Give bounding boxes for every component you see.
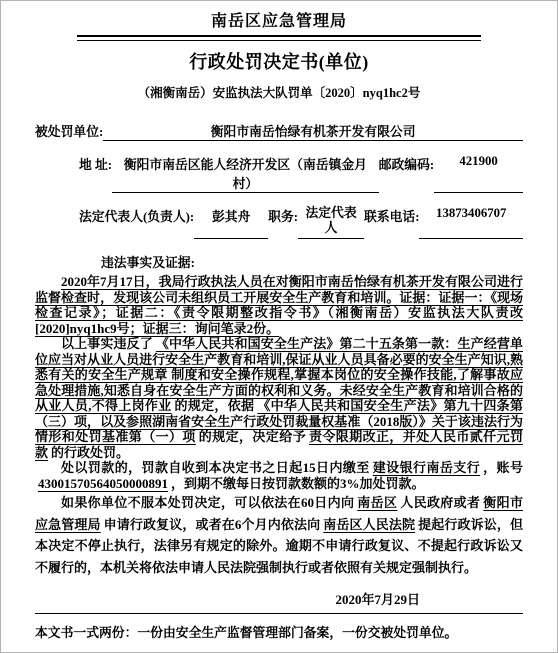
payment-text: ，到期不缴每日按罚款数额的3%加处罚款。 [171,476,425,491]
duty-label: 职务: [268,206,298,239]
paragraph-payment: 处以罚款的，罚款自收到本决定书之日起15日内缴至建设银行南岳支行，账号43001… [35,460,523,491]
legal-rep-row: 法定代表人(负责人): 彭其舟 职务: 法定代表人 联系电话: 13873406… [35,206,523,239]
bank-account-value: 43001570564050000891 [35,476,171,491]
decision-date: 2020年7月29日 [35,589,523,608]
paragraph-legal-basis: 以上事实违反了《中华人民共和国安全生产法》第二十五条第一款：生产经营单位应当对从… [35,336,523,460]
appeal-text: 申请行政复议，或者在6个月内依法向 [104,517,321,532]
header-double-rule [77,35,481,41]
distribution-note: 本文书一式两份：一份由安全生产监督管理部门备案，一份交被处罚单位。 [35,614,523,652]
payment-text: ，账号 [483,460,523,475]
duty-value: 法定代表人 [298,206,364,239]
legal-rep-label: 法定代表人(负责人): [79,206,194,239]
address-value: 衡阳市南岳区能人经济开发区（南岳镇金月村） [112,154,379,193]
document-footer: 2020年7月29日 本文书一式两份：一份由安全生产监督管理部门备案，一份交被处… [35,589,523,652]
paragraph-appeal-rights: 如果你单位不服本处罚决定，可以依法在60日内向南岳区人民政府或者衡阳市应急管理局… [35,492,523,578]
legal-basis-text: 的行政处罚。 [51,445,129,460]
appeal-text: 人民政府或者 [400,495,480,510]
document-number: （湘衡南岳）安监执法大队罚单〔2020〕nyq1hc2号 [35,83,523,101]
legal-basis-text: 以上事实违反了 [61,336,153,351]
document-title: 行政处罚决定书(单位) [35,48,523,74]
fields-section: 被处罚单位: 衡阳市南岳怡绿有机茶开发有限公司 地 址: 衡阳市南岳区能人经济开… [35,121,523,271]
penalty-decision-document: 南岳区应急管理局 行政处罚决定书(单位) （湘衡南岳）安监执法大队罚单〔2020… [0,0,558,653]
address-label: 地 址: [79,154,112,193]
bank-name-value: 建设银行南岳支行 [370,460,483,475]
punished-unit-label: 被处罚单位: [35,121,103,141]
postcode-value: 421900 [434,154,523,193]
payment-text: 处以罚款的，罚款自收到本决定书之日起15日内缴至 [61,460,370,475]
punished-unit-row: 被处罚单位: 衡阳市南岳怡绿有机茶开发有限公司 [35,121,523,141]
facts-section-label: 违法事实及证据: [101,252,523,271]
phone-label: 联系电话: [364,206,419,239]
document-content: 南岳区应急管理局 行政处罚决定书(单位) （湘衡南岳）安监执法大队罚单〔2020… [1,1,557,578]
address-row: 地 址: 衡阳市南岳区能人经济开发区（南岳镇金月村） 邮政编码: 421900 [35,154,523,193]
punished-unit-value: 衡阳市南岳怡绿有机茶开发有限公司 [103,121,523,141]
paragraph-facts-evidence: 2020年7月17日，我局行政执法人员在对衡阳市南岳怡绿有机茶开发有限公司进行监… [35,274,523,336]
legal-rep-value: 彭其舟 [194,206,268,239]
postcode-label: 邮政编码: [379,154,434,193]
court-name-value: 南岳区人民法院 [320,517,418,532]
appeal-text: 如果你单位不服本处罚决定，可以依法在60日内向 [61,495,354,510]
legal-basis-text: 的规定，依据 [175,398,255,413]
body-paragraphs: 2020年7月17日，我局行政执法人员在对衡阳市南岳怡绿有机茶开发有限公司进行监… [35,274,523,578]
review-government-value: 南岳区 [354,495,400,510]
issuing-agency-title: 南岳区应急管理局 [35,5,523,31]
phone-value: 13873406707 [419,206,523,239]
legal-basis-text: 的规定，决定给予 [199,429,306,444]
